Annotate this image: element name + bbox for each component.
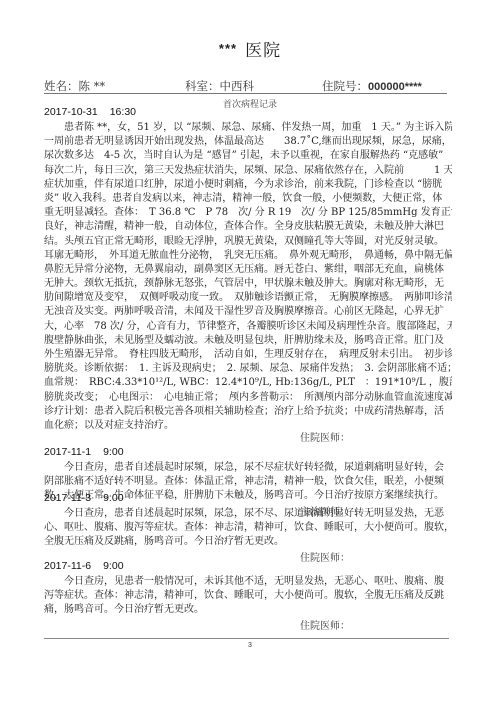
text-line: 血常规： RBC:4.33*10¹²/L, WBC：12.4*10⁹/L, Hb…: [44, 376, 452, 390]
text-line: 诊疗计划：患者入院后积极完善各项相关辅助检查；治疗上给予抗炎；中成药清热解毒，活: [44, 405, 452, 419]
text-line: 结。头颅五官正常无畸形，眼睑无浮肿，巩膜无黄染，双侧瞳孔等大等圆，对光反射灵敏。: [44, 235, 452, 249]
text-line: 心、呕吐、腹痛、腹泻等症状。查体：神志清，精神可，饮食、睡眠可，大小便尚可。腹软…: [44, 521, 452, 535]
patient-name-label: 姓名：: [44, 79, 79, 93]
text-line: 每次二片，每日三次，第三天发热症状消失，尿频、尿急、尿痛依然存在，入院前 1 天…: [44, 164, 452, 178]
text-line: 全腹无压痛及反跳痛，肠鸣音可。今日治疗暂无更改。: [44, 535, 452, 549]
text-line: 膀胱炎改变； 心电图示： 心电轴正常； 颅内多普勒示： 所测颅内部分动脉血管血流…: [44, 391, 452, 405]
text-line: 鼻腔无异常分泌物，无鼻翼扇动，副鼻窦区无压痛。唇无苍白、紫绀，咽部无充血，扁桃体: [44, 263, 452, 277]
text-line: 无肿大。颈软无抵抗，颈静脉无怒张，气管居中，甲状腺未触及肿大。胸廓对称无畸形，无: [44, 277, 452, 291]
text-line: 泻等症状。查体：神志清，精神可，饮食、睡眠可，大小便尚可。腹软，全腹无压痛及反跳: [44, 589, 452, 603]
patient-info-row: 姓名：陈 ** 科室：中西科 住院号：000000****: [44, 78, 448, 94]
entry-time-value: 16:30: [110, 106, 136, 118]
resident-physician-signature: 住院医师：: [300, 617, 350, 632]
text-line: 尿次数多达 4-5 次，当时自认为是 “感冒” 引起，未予以重视，在家自服解热药…: [44, 149, 452, 163]
patient-name-value: 陈 **: [79, 79, 106, 93]
entry-date-value: 2017-11-1: [44, 446, 91, 458]
admission-number-value: 000000****: [368, 81, 422, 93]
department-field: 科室：中西科: [185, 78, 254, 94]
admission-number-field: 住院号：000000****: [322, 78, 422, 94]
department-label: 科室：: [185, 79, 220, 93]
entry-text: 今日查房，患者自述晨起时尿频，尿急，尿不尽、尿道刺痛明显好转无明显发热，无恶 心…: [44, 507, 452, 550]
text-line: 良好，神志清醒，精神一般，自动体位，查体合作。全身皮肤粘膜无黄染，未触及肿大淋巴: [44, 220, 452, 234]
text-line: 肋间隙增宽及变窄， 双侧呼吸动度一致。 双肺触诊语颤正常， 无胸膜摩擦感。 两肺…: [44, 291, 452, 305]
text-line: 今日查房，患者自述晨起时尿频，尿急，尿不尽症状好转轻微，尿道刺痛明显好转，会: [44, 461, 452, 475]
text-line: 痛，肠鸣音可。今日治疗暂无更改。: [44, 603, 452, 617]
entry-date-value: 2017-10-31: [44, 106, 98, 118]
entry-date: 2017-10-3116:30: [44, 106, 136, 118]
entry-time-value: 9:00: [103, 446, 123, 458]
admission-number-label: 住院号：: [322, 79, 368, 93]
hospital-title-text: 医院: [245, 41, 281, 61]
text-line: 今日查房，见患者一般情况可，未诉其他不适，无明显发热，无恶心、呕吐、腹痛、腹: [44, 575, 452, 589]
resident-physician-signature: 住院医师：: [300, 429, 350, 444]
entry-date-value: 2017-11-3: [44, 492, 91, 504]
entry-time-value: 9:00: [103, 560, 123, 572]
entry-time-value: 9:00: [103, 492, 123, 504]
entry-date: 2017-11-19:00: [44, 446, 124, 458]
department-value: 中西科: [220, 79, 255, 93]
text-line: 血化瘀；以及对症支持治疗。: [44, 419, 452, 433]
text-line: 炎” 收入我科。患者自发病以来，神志清，精神一般，饮食一般，小便频数，大便正常，…: [44, 192, 452, 206]
text-line: 今日查房，患者自述晨起时尿频，尿急，尿不尽、尿道刺痛明显好转无明显发热，无恶: [44, 507, 452, 521]
entry-date-value: 2017-11-6: [44, 560, 91, 572]
entry-date: 2017-11-39:00: [44, 492, 124, 504]
medical-record-page: ***医院 姓名：陈 ** 科室：中西科 住院号：000000**** 首次病程…: [0, 0, 500, 708]
entry-date: 2017-11-69:00: [44, 560, 124, 572]
hospital-title: ***医院: [0, 36, 500, 61]
text-line: 患者陈 **，女，51 岁，以 “尿频、尿急、尿痛、伴发热一周，加重 1 天。”…: [44, 121, 452, 135]
text-line: 无浊音及实变。两肺呼吸音清，未闻及干湿性罗音及胸膜摩擦音。心前区无隆起，心界无扩: [44, 305, 452, 319]
entry-text: 今日查房，见患者一般情况可，未诉其他不适，无明显发热，无恶心、呕吐、腹痛、腹 泻…: [44, 575, 452, 618]
text-line: 一周前患者无明显诱因开始出现发热，体温最高达 38.7˚C,继而出现尿频，尿急，…: [44, 135, 452, 149]
patient-name-field: 姓名：陈 **: [44, 78, 105, 94]
text-line: 症状加重，伴有尿道口红肿，尿道小便时刺痛，今为求诊治，前来我院，门诊检查以 “膀…: [44, 178, 452, 192]
entry-text: 患者陈 **，女，51 岁，以 “尿频、尿急、尿痛、伴发热一周，加重 1 天。”…: [44, 121, 452, 433]
hospital-name-redacted: ***: [219, 41, 237, 56]
text-line: 大，心率 78 次/ 分，心音有力，节律整齐，各瓣膜听诊区未闻及病理性杂音。腹部…: [44, 320, 452, 334]
text-line: 腹壁静脉曲张，未见肠型及蠕动波。未触及明显包块，肝脾肋缘未及，肠鸣音正常。肛门及: [44, 334, 452, 348]
text-line: 阴部胀痛不适好转不明显。查体：体温正常，神志清，精神一般，饮食欠佳，眠差，小便频: [44, 475, 452, 489]
text-line: 外生殖器无异常。 脊柱四肢无畸形， 活动自如，生理反射存在， 病理反射未引出。 …: [44, 348, 452, 362]
resident-physician-signature: 住院医师：: [300, 549, 350, 564]
header-divider: [44, 93, 447, 94]
page-number: 3: [0, 642, 500, 649]
text-line: 膀胱炎。诊断依据： 1. 主诉及现病史； 2. 尿频、尿急、尿痛伴发热； 3. …: [44, 362, 452, 376]
footer-divider: [44, 638, 449, 639]
text-line: 耳廓无畸形， 外耳道无脓血性分泌物， 乳突无压痛。 鼻外观无畸形， 鼻通畅，鼻中…: [44, 249, 452, 263]
text-line: 重无明显减轻。查体： T 36.8 ℃ P 78 次/ 分 R 19 次/ 分 …: [44, 206, 452, 220]
